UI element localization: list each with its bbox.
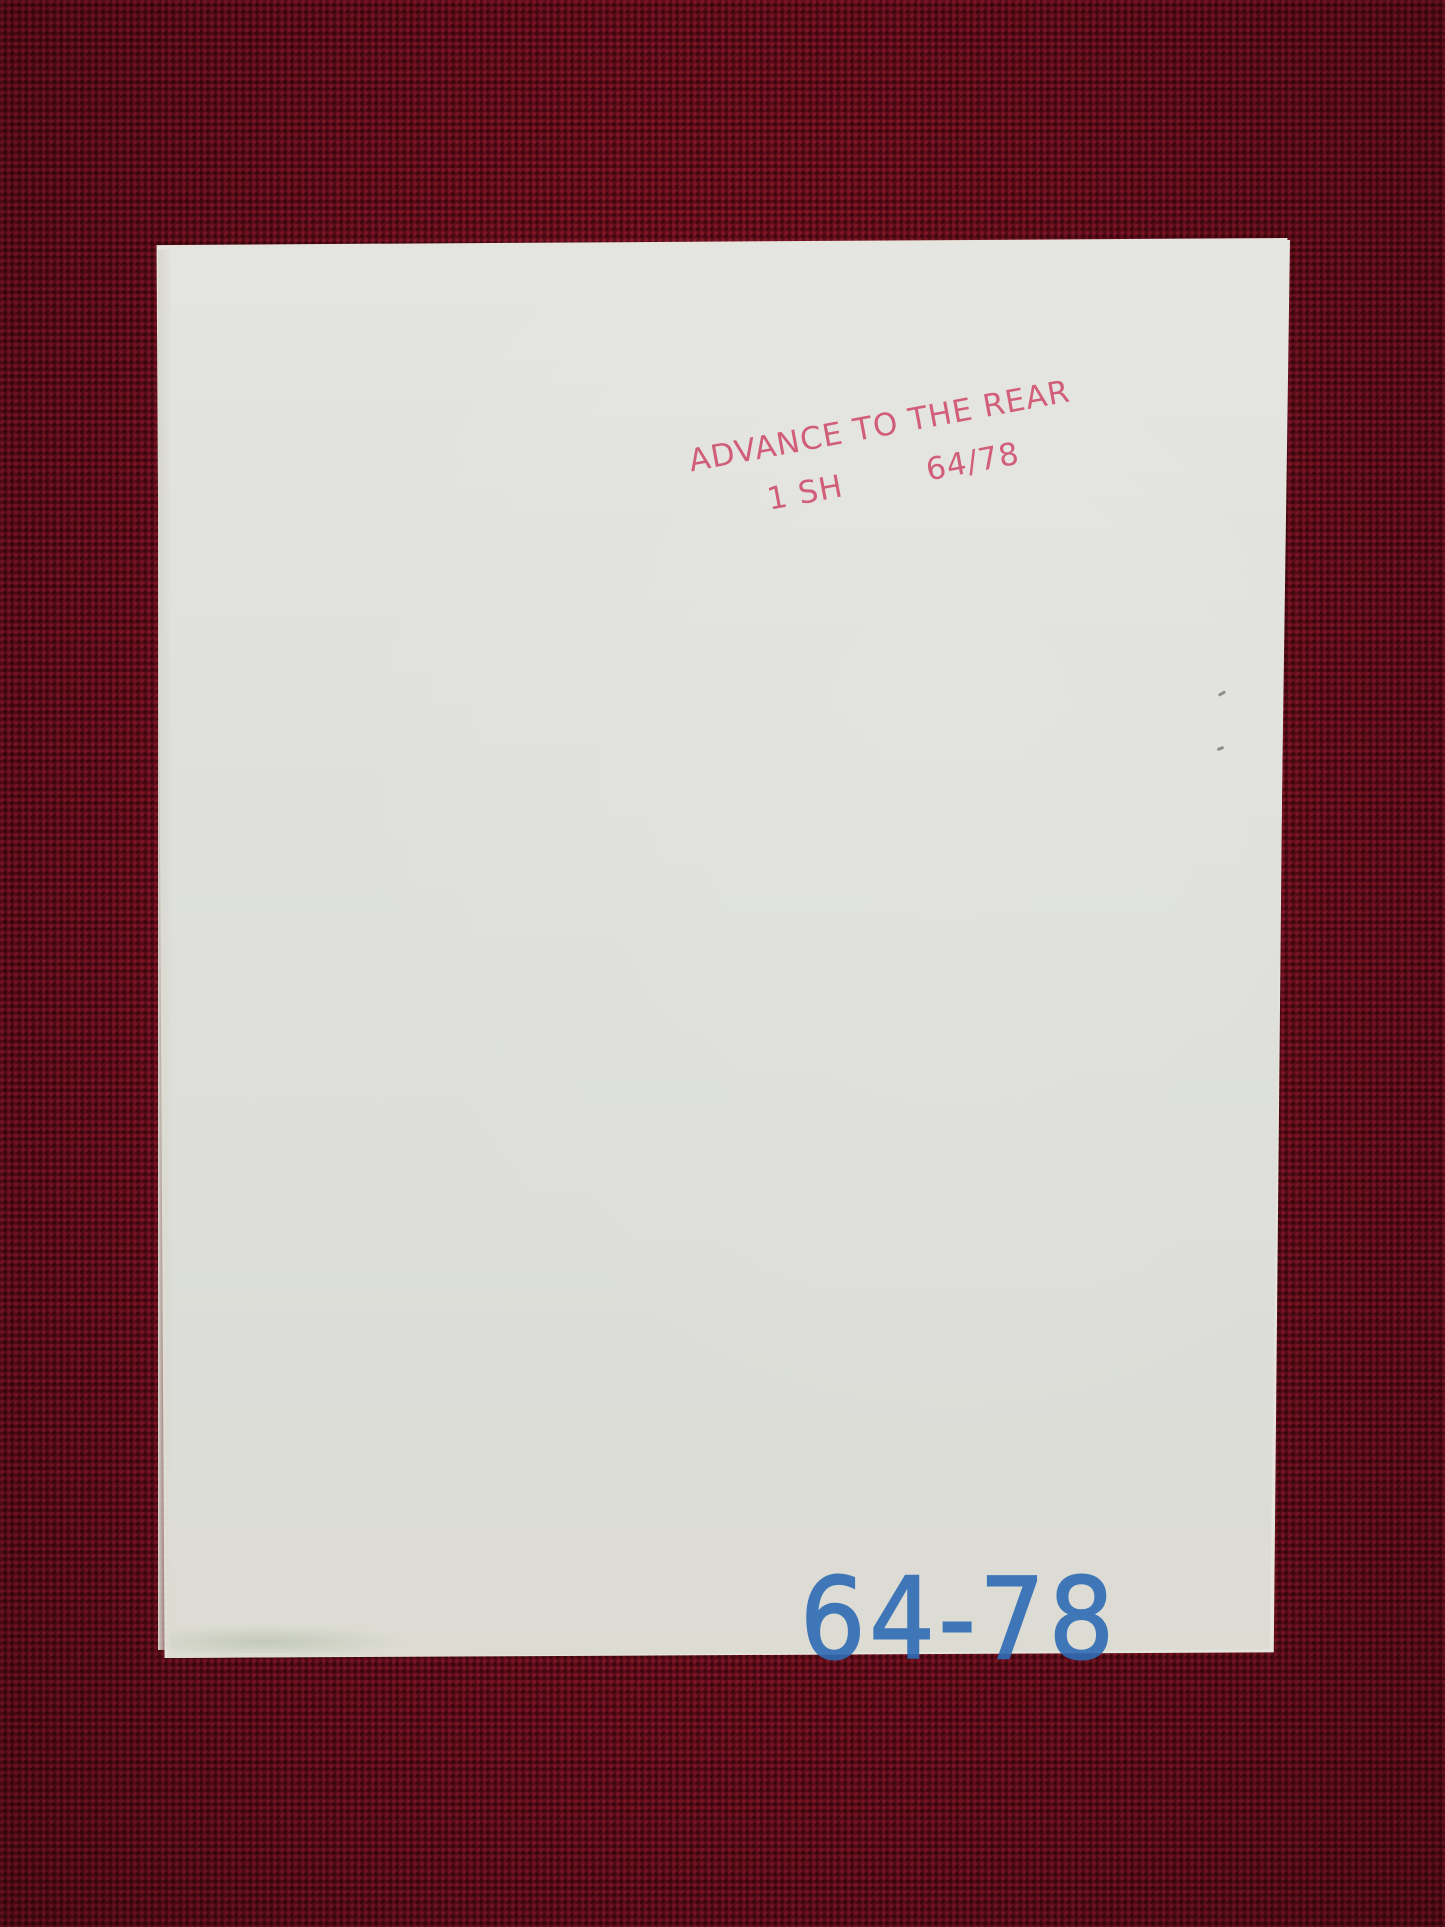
- handwritten-number: 64-78: [800, 1555, 1118, 1685]
- paper-stain: [170, 1625, 410, 1653]
- sheet-edge: [158, 250, 172, 1650]
